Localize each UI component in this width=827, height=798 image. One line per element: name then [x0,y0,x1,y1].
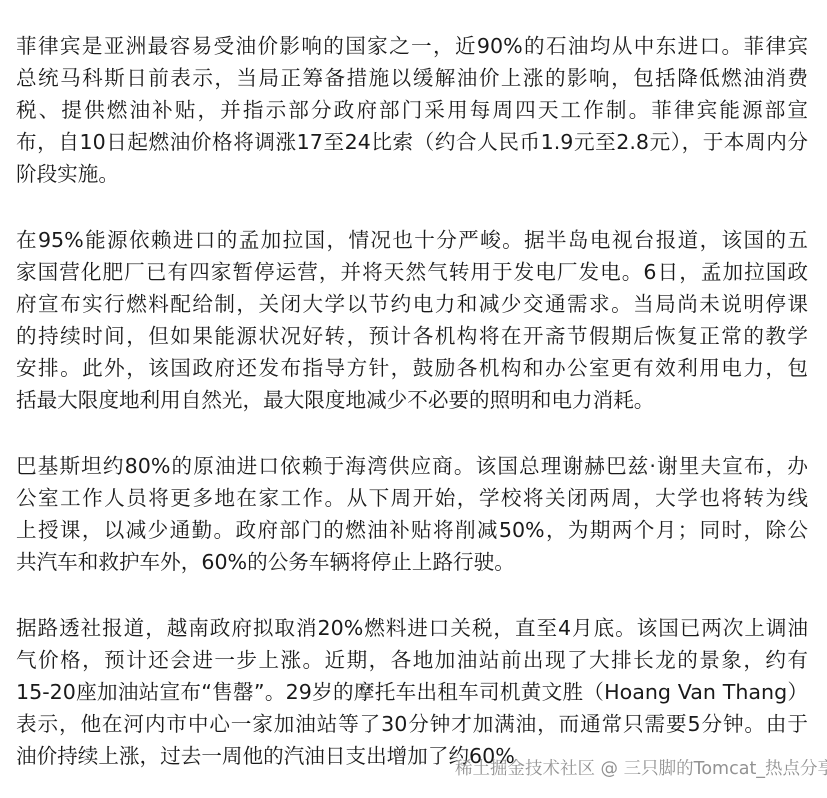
text-line: 括最大限度地利用自然光，最大限度地减少不必要的照明和电力消耗。 [16,384,808,416]
text-line: 公室工作人员将更多地在家工作。从下周开始，学校将关闭两周，大学也将转为线 [16,482,808,514]
text-line: 上授课，以减少通勤。政府部门的燃油补贴将削减50%，为期两个月；同时，除公 [16,514,808,546]
text-line: 的持续时间，但如果能源状况好转，预计各机构将在开斋节假期后恢复正常的教学 [16,320,808,352]
text-line: 表示，他在河内市中心一家加油站等了30分钟才加满油，而通常只需要5分钟。由于 [16,708,808,740]
paragraph-pakistan: 巴基斯坦约80%的原油进口依赖于海湾供应商。该国总理谢赫巴兹·谢里夫宣布，办 公… [16,450,808,578]
text-line: 在95%能源依赖进口的孟加拉国，情况也十分严峻。据半岛电视台报道，该国的五 [16,224,808,256]
text-line: 共汽车和救护车外，60%的公务车辆将停止上路行驶。 [16,546,808,578]
paragraph-bangladesh: 在95%能源依赖进口的孟加拉国，情况也十分严峻。据半岛电视台报道，该国的五 家国… [16,224,808,416]
watermark: 稀土掘金技术社区 @ 三只脚的Tomcat_热点分享 [455,757,827,781]
text-line: 菲律宾是亚洲最容易受油价影响的国家之一，近90%的石油均从中东进口。菲律宾 [16,30,808,62]
text-line: 巴基斯坦约80%的原油进口依赖于海湾供应商。该国总理谢赫巴兹·谢里夫宣布，办 [16,450,808,482]
text-line: 总统马科斯日前表示，当局正筹备措施以缓解油价上涨的影响，包括降低燃油消费 [16,62,808,94]
text-line: 气价格，预计还会进一步上涨。近期，各地加油站前出现了大排长龙的景象，约有 [16,644,808,676]
text-line: 安排。此外，该国政府还发布指导方针，鼓励各机构和办公室更有效利用电力，包 [16,352,808,384]
text-line: 税、提供燃油补贴，并指示部分政府部门采用每周四天工作制。菲律宾能源部宣 [16,94,808,126]
paragraph-philippines: 菲律宾是亚洲最容易受油价影响的国家之一，近90%的石油均从中东进口。菲律宾 总统… [16,30,808,190]
text-line: 府宣布实行燃料配给制，关闭大学以节约电力和减少交通需求。当局尚未说明停课 [16,288,808,320]
text-line: 阶段实施。 [16,158,808,190]
article-body: 菲律宾是亚洲最容易受油价影响的国家之一，近90%的石油均从中东进口。菲律宾 总统… [16,30,808,798]
text-line: 家国营化肥厂已有四家暂停运营，并将天然气转用于发电厂发电。6日，孟加拉国政 [16,256,808,288]
text-line: 据路透社报道，越南政府拟取消20%燃料进口关税，直至4月底。该国已两次上调油 [16,612,808,644]
paragraph-vietnam: 据路透社报道，越南政府拟取消20%燃料进口关税，直至4月底。该国已两次上调油 气… [16,612,808,772]
text-line: 布，自10日起燃油价格将调涨17至24比索（约合人民币1.9元至2.8元），于本… [16,126,808,158]
text-line: 15-20座加油站宣布“售罄”。29岁的摩托车出租车司机黄文胜（Hoang Va… [16,676,808,708]
